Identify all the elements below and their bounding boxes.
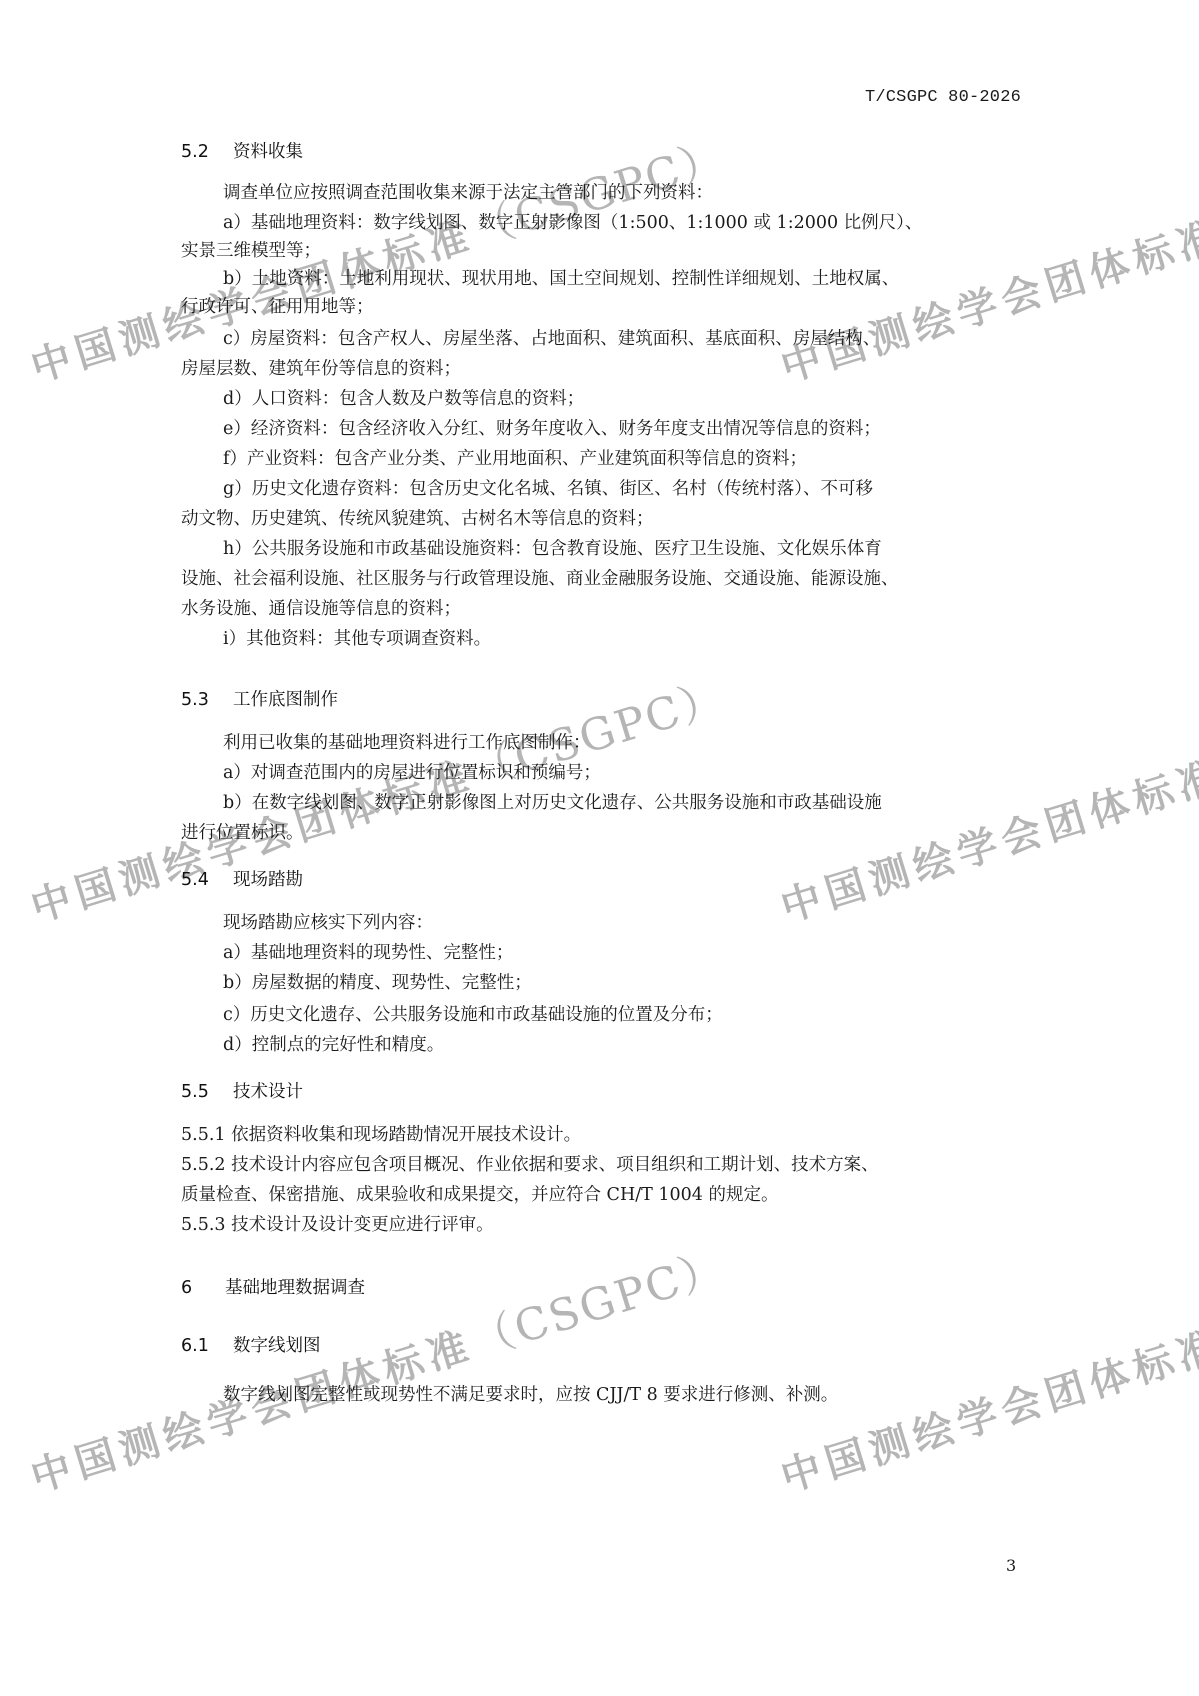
- clause-5-5-3: 5.5.3 技术设计及设计变更应进行评审。: [181, 1210, 494, 1240]
- list-item: c）房屋资料：包含产权人、房屋坐落、占地面积、建筑面积、基底面积、房屋结构、: [223, 324, 880, 354]
- list-item-continuation: 设施、社会福利设施、社区服务与行政管理设施、商业金融服务设施、交通设施、能源设施…: [181, 564, 899, 594]
- section-heading-5-3: 5.3工作底图制作: [181, 688, 338, 712]
- clause-5-5-1: 5.5.1 依据资料收集和现场踏勘情况开展技术设计。: [181, 1120, 581, 1150]
- list-item: d）人口资料：包含人数及户数等信息的资料；: [223, 384, 584, 414]
- list-item: b）在数字线划图、数字正射影像图上对历史文化遗存、公共服务设施和市政基础设施: [223, 788, 882, 818]
- list-item: a）基础地理资料的现势性、完整性；: [223, 938, 513, 968]
- list-item: h）公共服务设施和市政基础设施资料：包含教育设施、医疗卫生设施、文化娱乐体育: [223, 534, 882, 564]
- list-item: b）土地资料：土地利用现状、现状用地、国土空间规划、控制性详细规划、土地权属、: [223, 264, 899, 294]
- document-code: T/CSGPC 80-2026: [865, 88, 1021, 107]
- watermark: 中国测绘学会团体标准（CSGPC）: [21, 1231, 732, 1504]
- section-heading-6-1: 6.1数字线划图: [181, 1334, 321, 1358]
- paragraph: 数字线划图完整性或现势性不满足要求时，应按 CJJ/T 8 要求进行修测、补测。: [223, 1380, 838, 1410]
- list-item-continuation: 动文物、历史建筑、传统风貌建筑、古树名木等信息的资料；: [181, 504, 654, 534]
- watermark: 中国测绘学会团体标准（CSGPC）: [771, 1231, 1199, 1504]
- list-item: a）基础地理资料：数字线划图、数字正射影像图（1:500、1:1000 或 1:…: [223, 208, 922, 238]
- paragraph: 现场踏勘应核实下列内容：: [223, 908, 433, 938]
- clause-5-5-2-continuation: 质量检查、保密措施、成果验收和成果提交，并应符合 CH/T 1004 的规定。: [181, 1180, 778, 1210]
- list-item-continuation: 水务设施、通信设施等信息的资料；: [181, 594, 461, 624]
- chapter-heading-6: 6基础地理数据调查: [181, 1276, 365, 1300]
- section-heading-5-5: 5.5技术设计: [181, 1080, 303, 1104]
- list-item: b）房屋数据的精度、现势性、完整性；: [223, 968, 532, 998]
- list-item-continuation: 房屋层数、建筑年份等信息的资料；: [181, 354, 461, 384]
- document-page: 中国测绘学会团体标准（CSGPC） 中国测绘学会团体标准（CSGPC） 中国测绘…: [0, 0, 1199, 1696]
- list-item: e）经济资料：包含经济收入分红、财务年度收入、财务年度支出情况等信息的资料；: [223, 414, 881, 444]
- list-item: g）历史文化遗存资料：包含历史文化名城、名镇、街区、名村（传统村落）、不可移: [223, 474, 873, 504]
- list-item: c）历史文化遗存、公共服务设施和市政基础设施的位置及分布；: [223, 1000, 723, 1030]
- list-item-continuation: 行政许可、征用用地等；: [181, 292, 374, 322]
- list-item: f）产业资料：包含产业分类、产业用地面积、产业建筑面积等信息的资料；: [223, 444, 807, 474]
- paragraph: 调查单位应按照调查范围收集来源于法定主管部门的下列资料：: [223, 178, 713, 208]
- list-item: i）其他资料：其他专项调查资料。: [223, 624, 491, 654]
- clause-5-5-2: 5.5.2 技术设计内容应包含项目概况、作业依据和要求、项目组织和工期计划、技术…: [181, 1150, 879, 1180]
- list-item: d）控制点的完好性和精度。: [223, 1030, 444, 1060]
- paragraph: 利用已收集的基础地理资料进行工作底图制作：: [223, 728, 591, 758]
- section-heading-5-2: 5.2资料收集: [181, 140, 303, 164]
- list-item-continuation: 实景三维模型等；: [181, 236, 321, 266]
- list-item-continuation: 进行位置标识。: [181, 818, 304, 848]
- section-heading-5-4: 5.4现场踏勘: [181, 868, 303, 892]
- page-number: 3: [1006, 1556, 1016, 1575]
- list-item: a）对调查范围内的房屋进行位置标识和预编号；: [223, 758, 601, 788]
